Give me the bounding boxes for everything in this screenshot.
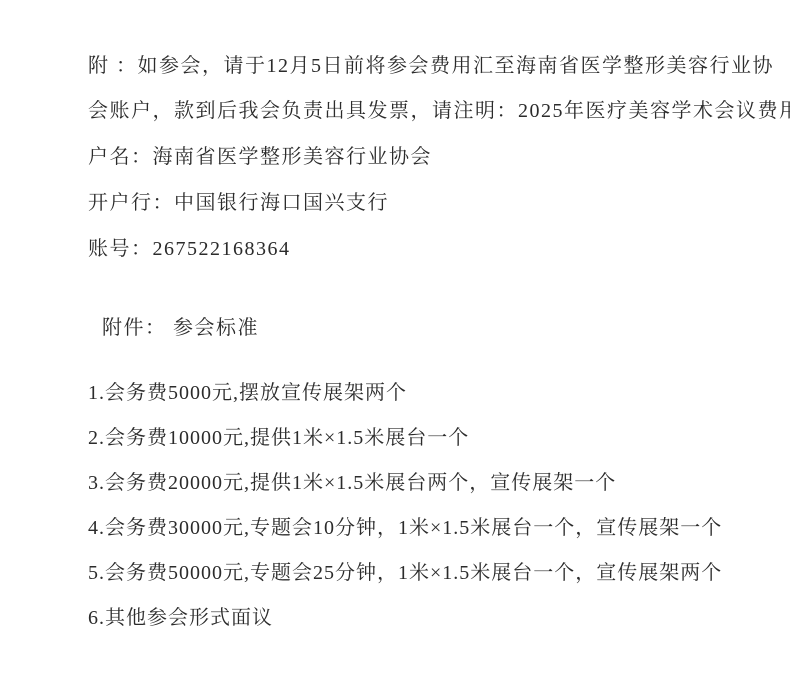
bank-branch-line: 开户行：中国银行海口国兴支行 — [88, 190, 389, 216]
remittance-intro-line-2: 会账户，款到后我会负责出具发票，请注明：2025年医疗美容学术会议费用。 — [88, 98, 790, 124]
document-page: 附 ：如参会，请于12月5日前将参会费用汇至海南省医学整形美容行业协 会账户，款… — [0, 0, 790, 697]
standard-item-4: 4.会务费30000元,专题会10分钟，1米×1.5米展台一个，宣传展架一个 — [88, 515, 722, 541]
remittance-intro-line-1: 附 ：如参会，请于12月5日前将参会费用汇至海南省医学整形美容行业协 — [88, 53, 774, 79]
standard-item-2: 2.会务费10000元,提供1米×1.5米展台一个 — [88, 425, 469, 451]
standard-item-5: 5.会务费50000元,专题会25分钟，1米×1.5米展台一个，宣传展架两个 — [88, 560, 722, 586]
attachment-heading: 附件： 参会标准 — [102, 315, 259, 341]
standard-item-1: 1.会务费5000元,摆放宣传展架两个 — [88, 380, 407, 406]
account-name-line: 户名：海南省医学整形美容行业协会 — [88, 144, 432, 170]
standard-item-6: 6.其他参会形式面议 — [88, 605, 273, 631]
standard-item-3: 3.会务费20000元,提供1米×1.5米展台两个，宣传展架一个 — [88, 470, 616, 496]
account-number-line: 账号：267522168364 — [88, 236, 291, 262]
